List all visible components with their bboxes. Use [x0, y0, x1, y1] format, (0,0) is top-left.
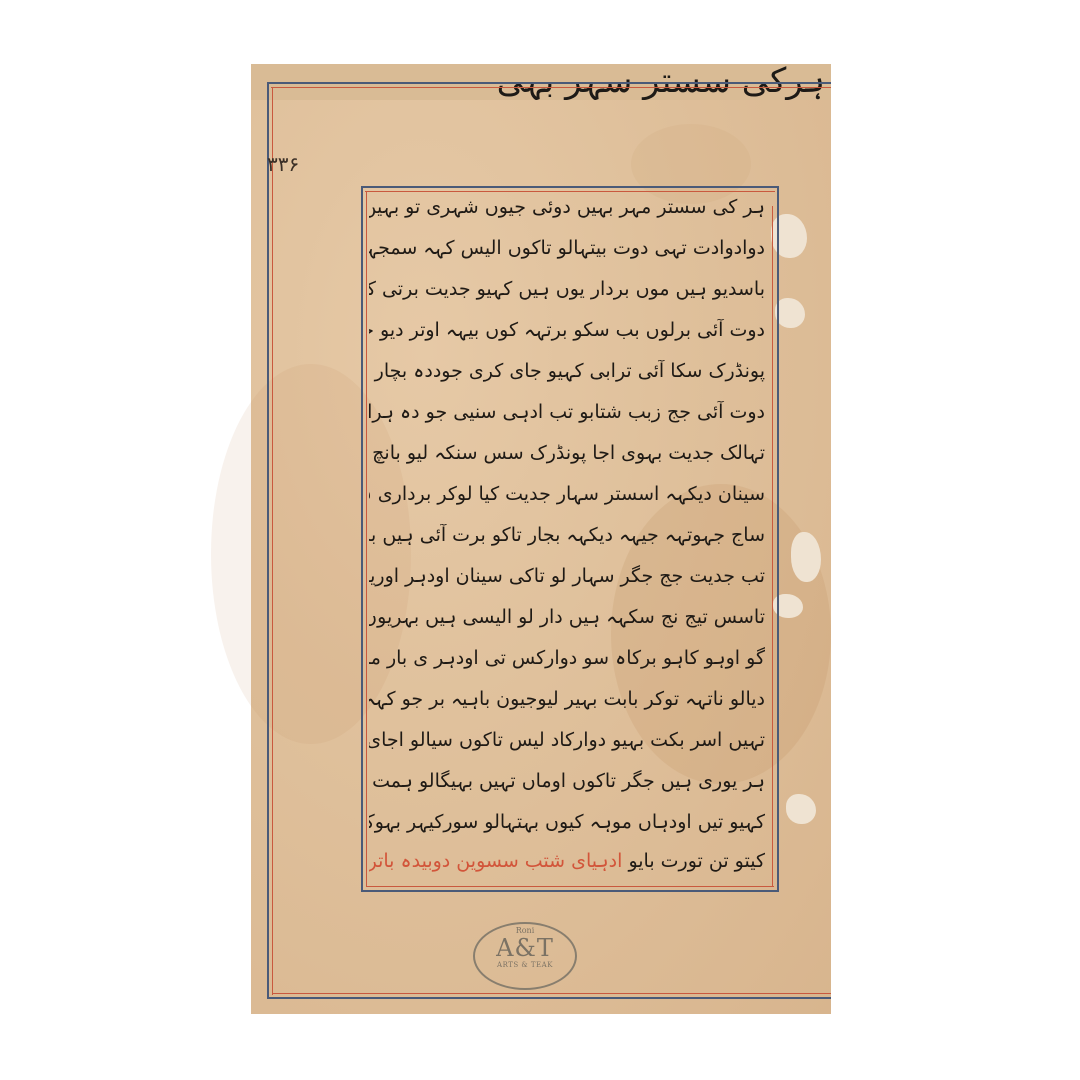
inner-rule-bottom-red — [366, 886, 774, 887]
text-line: دوت آئی جج زبب شتابو تب ادہی سنیی جو دہ … — [369, 401, 765, 435]
overlapping-folio-text: ہرکی سستر سہر بہی — [265, 60, 825, 100]
outer-rule-top-red — [271, 87, 831, 88]
outer-rule-bottom-red — [272, 993, 831, 994]
inner-rule-top-blue — [361, 186, 779, 188]
colophon-black: کیتو تن تورت بایو — [622, 850, 765, 872]
text-line: کہیو تیں اودہاں موہہ کیوں بہتہالو سورکیہ… — [369, 811, 765, 845]
outer-rule-bottom-blue — [267, 997, 831, 999]
inner-rule-right-red — [772, 206, 773, 887]
paper-tear — [786, 794, 816, 824]
watermark-logo: Roni A&T ARTS & TEAK — [473, 922, 577, 990]
inner-rule-left-red — [366, 191, 367, 887]
text-line: گو اوہو کاہو برکاہ سو دوارکس تی اودہر ی … — [369, 647, 765, 681]
text-line: تاسس تیج نج سکہہ ہیں دار لو الیسی ہیں بہ… — [369, 606, 765, 640]
folio-number: ۳۳۶ — [267, 152, 299, 176]
text-line: تب جدیت جج جگر سہار لو تاکی سینان اودہر … — [369, 565, 765, 599]
colophon-red: ادہیای شتب سسوین دوبیدہ باتر میدرنکی نار… — [369, 850, 622, 872]
inner-rule-bottom-blue — [361, 890, 779, 892]
text-line: دوت آئی برلوں بب سکو برتہہ کوں بیہہ اوتر… — [369, 319, 765, 353]
text-line: ہر کی سستر مہر بہیں دوئی جیوں شہری تو بہ… — [369, 196, 765, 230]
text-line: ہر یوری ہیں جگر تاکوں اوماں تہیں بہیگالو… — [369, 770, 765, 804]
inner-rule-left-blue — [361, 186, 363, 892]
text-line: باسدیو ہیں موں بردار یوں ہیں کہیو جدیت ب… — [369, 278, 765, 312]
outer-rule-left-red — [272, 88, 273, 995]
text-line: ساج جہوتہہ جیہہ دیکہہ بجار تاکو برت آئی … — [369, 524, 765, 558]
inner-rule-top-red — [365, 191, 775, 192]
watermark-brand-bottom: ARTS & TEAK — [475, 961, 575, 969]
text-line: پونڈرک سکا آئی ترابی کہیو جای کری جوددہ … — [369, 360, 765, 394]
text-line: تہیں اسر بکت بہیو دوارکاد لیس تاکوں سیال… — [369, 729, 765, 763]
paper-tear — [775, 298, 805, 328]
text-line-final: کیتو تن تورت بایو ادہیای شتب سسوین دوبید… — [369, 850, 765, 884]
text-line: دوادوادت تہی دوت بیتہالو تاکوں الیس کہہ … — [369, 237, 765, 271]
outer-rule-top-blue — [267, 82, 831, 84]
text-block-frame: ہر کی سستر مہر بہیں دوئی جیوں شہری تو بہ… — [361, 186, 779, 892]
text-line: سینان دیکہہ اسستر سہار جدیت کیا لوکر برد… — [369, 483, 765, 517]
outer-rule-left-blue — [267, 82, 269, 999]
watermark-monogram: A&T — [475, 935, 575, 961]
text-line: دیالو ناتہہ توکر بابت بہیر لیوجیون باہیہ… — [369, 688, 765, 722]
text-line: تہالک جدیت بہوی اجا پونڈرک سس سنکہ لیو ب… — [369, 442, 765, 476]
inner-rule-right-blue — [777, 186, 779, 892]
manuscript-folio: ہرکی سستر سہر بہی ۳۳۶ ہر کی سستر مہر بہی… — [251, 64, 831, 1014]
paper-tear — [791, 532, 821, 582]
